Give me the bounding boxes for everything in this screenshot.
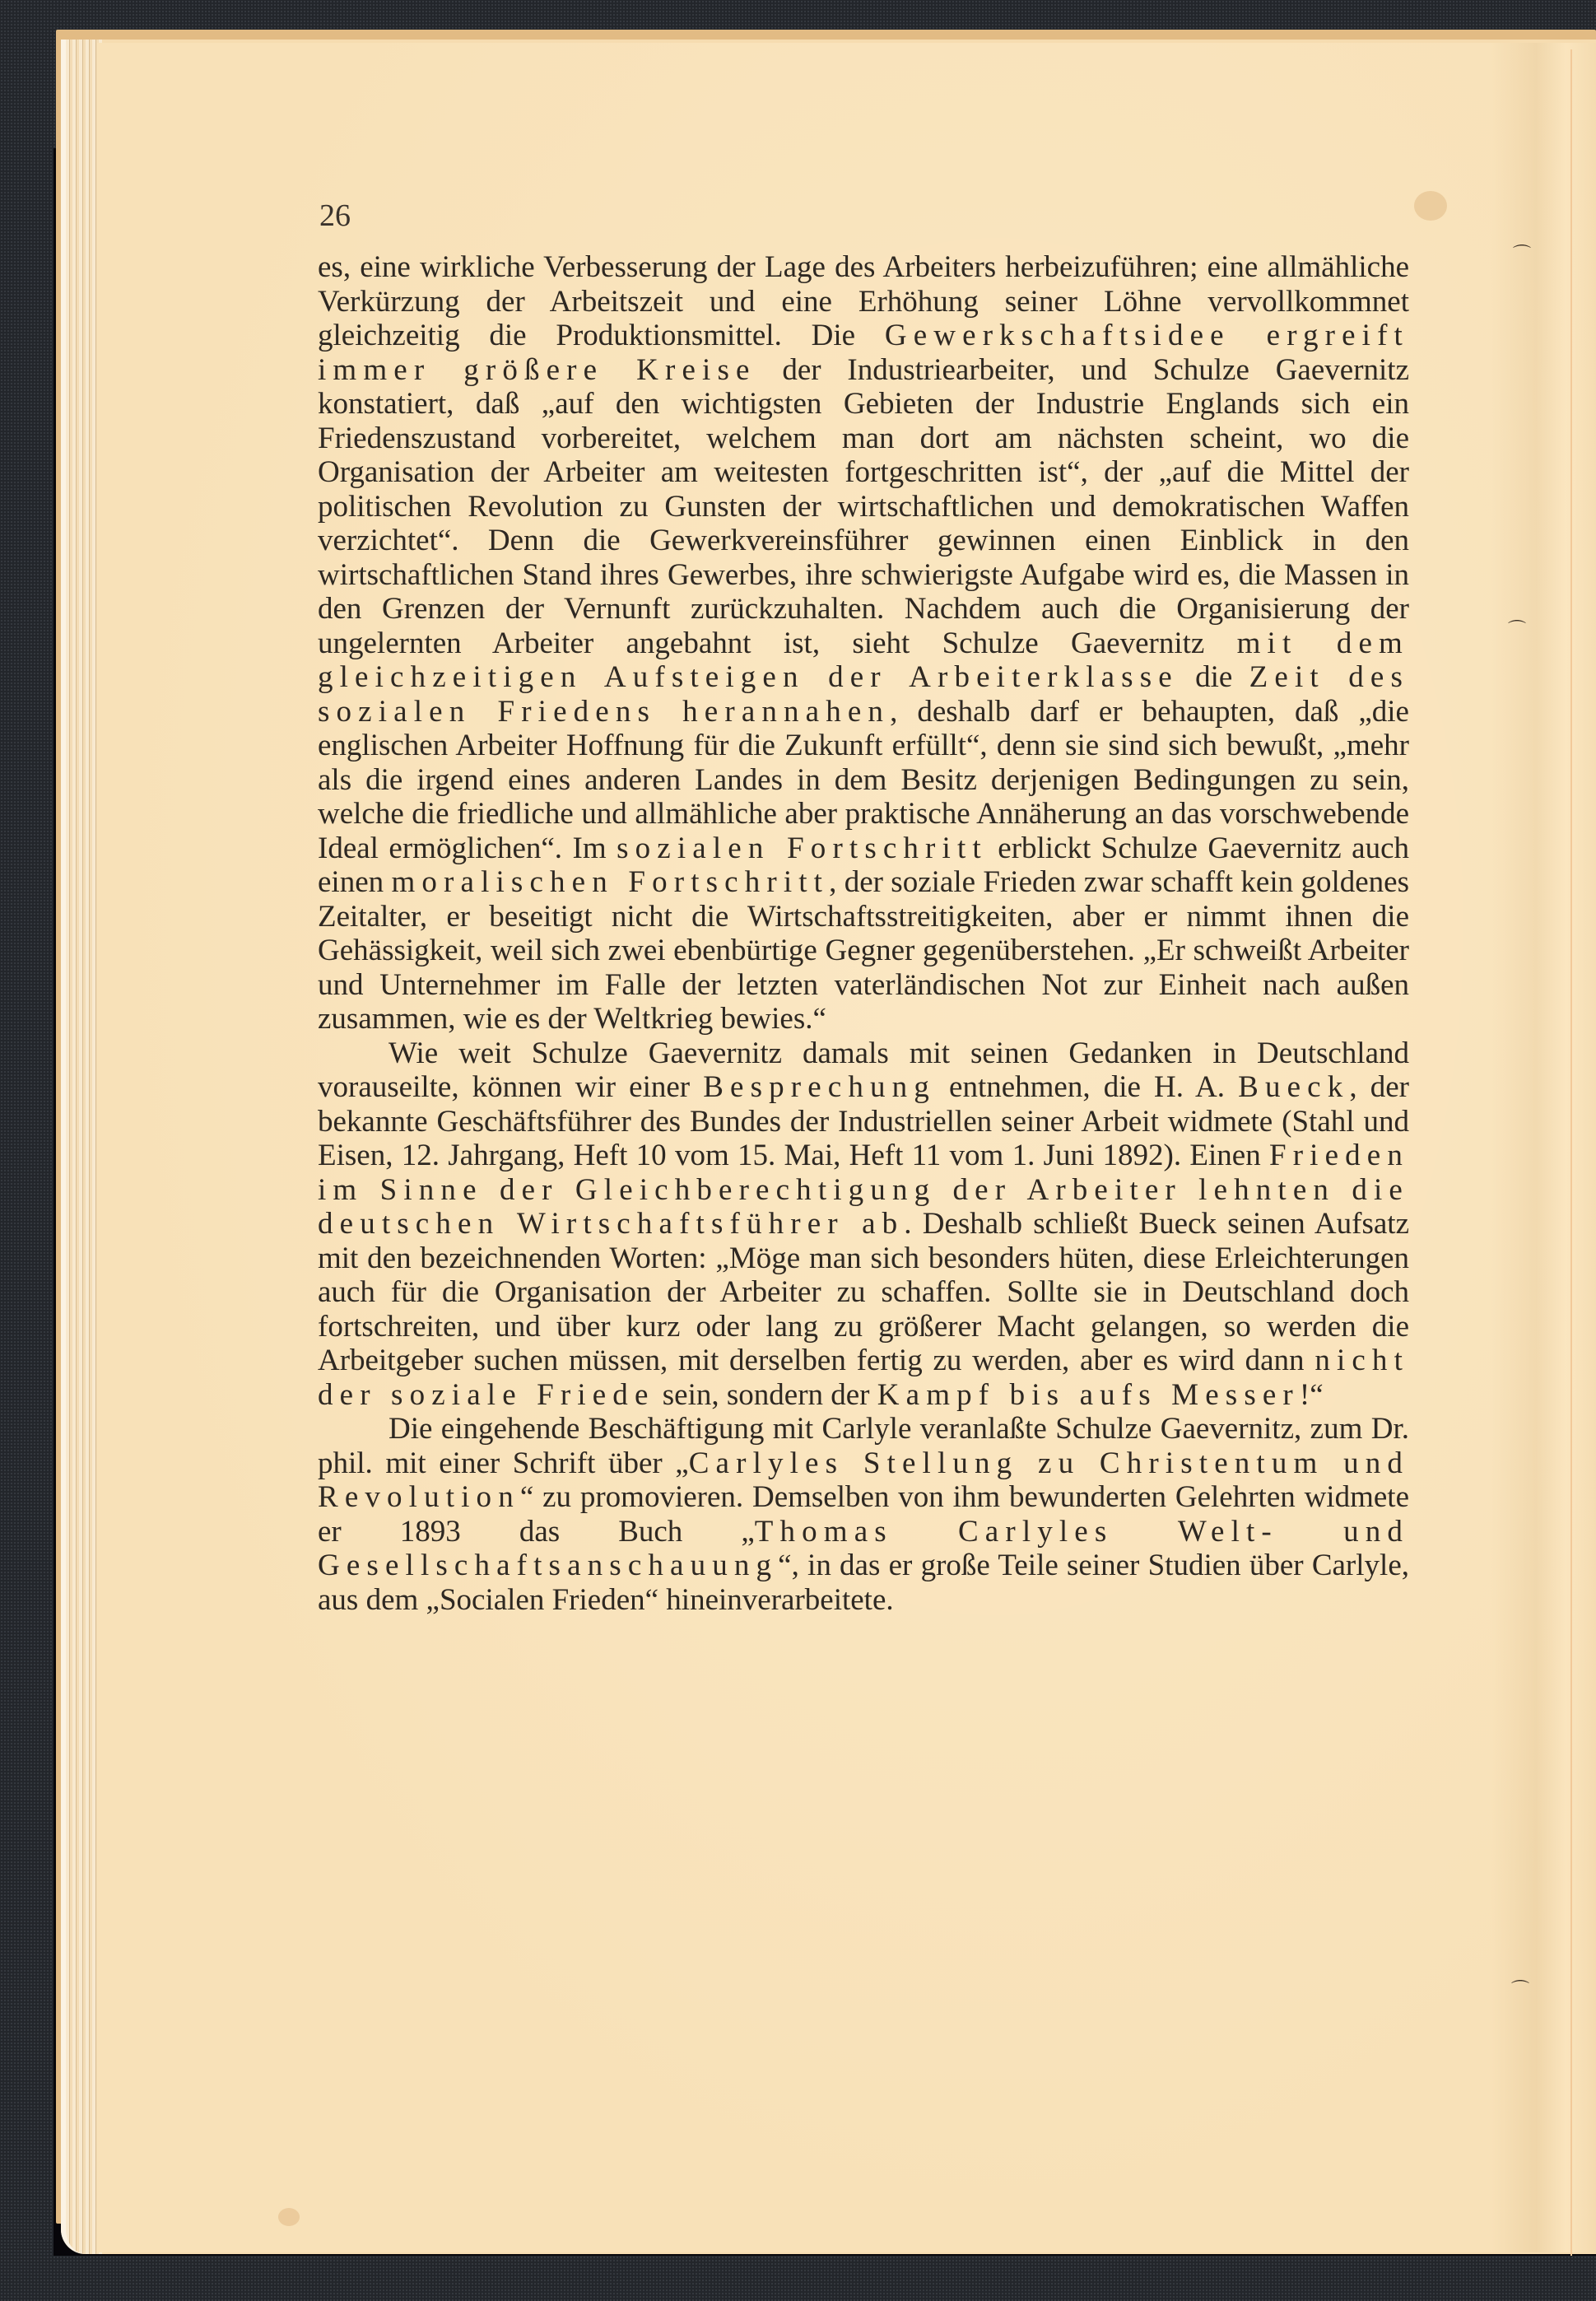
- page-number: 26: [319, 198, 351, 234]
- emphasized-text: moralischen Fortschritt: [392, 865, 830, 899]
- paper-stain: [278, 2208, 300, 2226]
- emphasized-text: Besprechung: [703, 1070, 936, 1104]
- binding-stitch-icon: ⌒: [1511, 1976, 1529, 2001]
- emphasized-text: Kampf bis aufs Messer: [877, 1378, 1300, 1412]
- text-run: die: [1179, 660, 1249, 694]
- paragraph: es, eine wirkliche Verbesserung der Lage…: [318, 250, 1409, 1036]
- binding-stitch-icon: ⌒: [1508, 616, 1526, 641]
- text-run: !“: [1300, 1378, 1324, 1412]
- gutter-fold: [1570, 49, 1572, 2256]
- binding-stitch-icon: ⌒: [1513, 240, 1531, 266]
- paragraph: Die eingehende Beschäftigung mit Carlyle…: [318, 1412, 1409, 1617]
- page-edges: [61, 40, 102, 2254]
- text-run: entnehmen, die H. A.: [936, 1070, 1238, 1104]
- text-run: der Industriearbeiter, und Schulze Gaeve…: [318, 353, 1409, 660]
- emphasized-text: Bueck: [1238, 1070, 1349, 1104]
- text-run: sein, sondern der: [655, 1378, 877, 1412]
- paragraph: Wie weit Schulze Gaevernitz damals mit s…: [318, 1036, 1409, 1413]
- body-text: es, eine wirkliche Verbesserung der Lage…: [318, 250, 1409, 1617]
- emphasized-text: sozialen Fortschritt: [617, 831, 988, 865]
- paper-stain: [1414, 191, 1447, 221]
